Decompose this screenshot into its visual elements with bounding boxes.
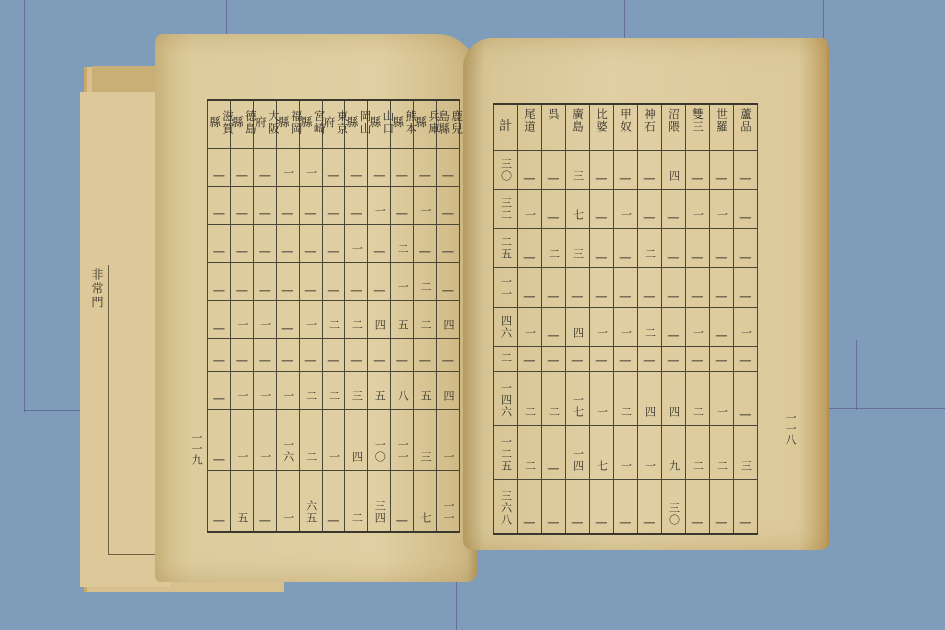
table-cell: 三 (566, 229, 590, 268)
column-header: 鹿兒島縣 (437, 100, 460, 149)
page-number-left: 一一九 (188, 432, 204, 465)
table-cell: | (276, 301, 299, 339)
table-cell: | (686, 150, 710, 189)
table-cell: 三〇 (662, 479, 686, 534)
total-cell: 一四六 (494, 371, 518, 425)
table-cell: | (710, 268, 734, 307)
table-cell: | (276, 225, 299, 263)
table-cell: 九 (662, 425, 686, 479)
column-header: 兵庫縣 (414, 100, 437, 149)
table-cell: | (734, 268, 758, 307)
mat-grid-line (24, 410, 84, 411)
table-cell: | (322, 187, 345, 225)
table-cell: 一 (230, 409, 253, 470)
table-cell: | (230, 339, 253, 371)
table-cell: 一 (638, 425, 662, 479)
table-row: 三六八||||||三〇||| (494, 479, 758, 534)
table-cell: | (638, 150, 662, 189)
table-cell: 一 (276, 149, 299, 187)
table-cell: | (437, 187, 460, 225)
table-cell: 二 (542, 229, 566, 268)
table-cell: 一 (437, 409, 460, 470)
table-cell: | (590, 189, 614, 228)
table-cell: 一 (299, 149, 322, 187)
column-header: 宮崎縣 (299, 100, 322, 149)
table-cell: 一四 (566, 425, 590, 479)
column-header: 岡山縣 (345, 100, 368, 149)
table-cell: 一 (368, 187, 391, 225)
table-cell: | (230, 263, 253, 301)
table-cell: | (710, 229, 734, 268)
table-cell: | (614, 268, 638, 307)
table-cell: 八 (391, 371, 414, 409)
table-row: 一一|||||||||| (494, 268, 758, 307)
table-cell: | (345, 149, 368, 187)
column-header: 尾道 (518, 104, 542, 150)
table-cell: | (734, 347, 758, 372)
table-cell: | (518, 229, 542, 268)
table-cell: | (322, 263, 345, 301)
table-cell: | (230, 187, 253, 225)
mat-grid-line (828, 408, 945, 409)
table-cell: 一 (230, 371, 253, 409)
table-cell: | (542, 425, 566, 479)
table-cell: | (391, 470, 414, 532)
table-cell: 二 (710, 425, 734, 479)
table-cell: | (208, 225, 231, 263)
table-cell: 四 (345, 409, 368, 470)
table-cell: 二 (638, 229, 662, 268)
table-cell: | (437, 263, 460, 301)
table-cell: | (734, 479, 758, 534)
total-cell: 三二 (494, 189, 518, 228)
table-cell: | (208, 470, 231, 532)
column-header: 東京府 (322, 100, 345, 149)
table-cell: | (542, 189, 566, 228)
table-cell: | (590, 229, 614, 268)
table-cell: | (614, 479, 638, 534)
table-cell: | (230, 149, 253, 187)
table-cell: | (208, 371, 231, 409)
table-cell: | (710, 479, 734, 534)
table-row: ||||||||||| (208, 339, 460, 371)
table-cell: 四 (662, 371, 686, 425)
side-tab-label: 非常門 (90, 268, 106, 310)
table-cell: 二 (414, 263, 437, 301)
table-cell: | (230, 225, 253, 263)
table-cell: | (638, 479, 662, 534)
table-cell: 六五 (299, 470, 322, 532)
table-cell: | (566, 268, 590, 307)
table-cell: | (208, 339, 231, 371)
table-cell: 一 (253, 371, 276, 409)
table-cell: | (662, 347, 686, 372)
table-cell: | (299, 225, 322, 263)
table-header-row: 滋賀縣 德島縣 大阪府 福岡縣 宮崎縣 東京府 岡山縣 山口縣 熊本縣 兵庫縣 … (208, 100, 460, 149)
column-header: 雙三 (686, 104, 710, 150)
table-cell: 二 (414, 301, 437, 339)
table-cell: | (734, 150, 758, 189)
table-cell: 二 (686, 425, 710, 479)
column-header: 比婆 (590, 104, 614, 150)
table-cell: 五 (230, 470, 253, 532)
table-cell: | (437, 149, 460, 187)
table-cell: 一〇 (368, 409, 391, 470)
table-cell: | (638, 189, 662, 228)
table-cell: | (437, 225, 460, 263)
total-cell: 四六 (494, 307, 518, 346)
table-row: |一一一六二一四一〇一一三一 (208, 409, 460, 470)
table-cell: | (322, 470, 345, 532)
table-cell: 一 (614, 425, 638, 479)
total-cell: 三六八 (494, 479, 518, 534)
right-table-body: 三〇||三|||四|||三二一|七|一||一一|二五|二三||二||||一一||… (494, 150, 758, 534)
table-cell: 二 (686, 371, 710, 425)
table-cell: 二 (299, 371, 322, 409)
table-cell: 一 (590, 371, 614, 425)
table-cell: | (276, 339, 299, 371)
table-cell: | (299, 187, 322, 225)
table-cell: | (253, 225, 276, 263)
table-cell: | (566, 479, 590, 534)
table-cell: 三四 (368, 470, 391, 532)
table-cell: 三 (414, 409, 437, 470)
column-header: 神石 (638, 104, 662, 150)
table-cell: 一 (322, 409, 345, 470)
table-cell: | (542, 307, 566, 346)
table-cell: | (638, 347, 662, 372)
table-cell: | (518, 347, 542, 372)
table-cell: 五 (391, 301, 414, 339)
table-cell: | (253, 149, 276, 187)
table-cell: | (590, 150, 614, 189)
table-cell: | (542, 347, 566, 372)
table-cell: 二 (322, 301, 345, 339)
table-cell: 一 (518, 307, 542, 346)
table-cell: | (208, 301, 231, 339)
table-row: |一一一二二三五八五四 (208, 371, 460, 409)
table-row: |||||||一|一| (208, 187, 460, 225)
table-cell: | (686, 479, 710, 534)
table-cell: 三 (734, 425, 758, 479)
total-cell: 二 (494, 347, 518, 372)
table-cell: 三 (566, 150, 590, 189)
table-cell: | (345, 263, 368, 301)
table-cell: 一 (253, 301, 276, 339)
table-cell: | (208, 187, 231, 225)
table-row: ||||||一|二|| (208, 225, 460, 263)
table-cell: | (368, 339, 391, 371)
table-cell: 一 (345, 225, 368, 263)
table-cell: | (322, 339, 345, 371)
table-cell: | (368, 263, 391, 301)
table-cell: | (518, 479, 542, 534)
table-cell: | (208, 409, 231, 470)
table-cell: | (299, 263, 322, 301)
table-cell: 一七 (566, 371, 590, 425)
column-header: 熊本縣 (391, 100, 414, 149)
column-header: 大阪府 (253, 100, 276, 149)
table-cell: | (662, 189, 686, 228)
table-cell: | (710, 307, 734, 346)
table-cell: 四 (566, 307, 590, 346)
table-cell: 一 (710, 189, 734, 228)
table-cell: | (566, 347, 590, 372)
table-cell: | (345, 187, 368, 225)
table-cell: 二 (518, 371, 542, 425)
table-cell: 二 (638, 307, 662, 346)
table-row: 二五|二三||二|||| (494, 229, 758, 268)
column-header: 廣島 (566, 104, 590, 150)
table-cell: | (542, 150, 566, 189)
table-cell: | (391, 339, 414, 371)
table-cell: | (542, 268, 566, 307)
table-row: 一二五二|一四七一一九二二三 (494, 425, 758, 479)
table-cell: | (638, 268, 662, 307)
table-cell: 七 (590, 425, 614, 479)
table-cell: | (734, 229, 758, 268)
table-cell: | (322, 149, 345, 187)
table-row: 三〇||三|||四||| (494, 150, 758, 189)
mat-grid-line (624, 0, 625, 40)
table-cell: 一 (734, 307, 758, 346)
table-cell: 四 (638, 371, 662, 425)
table-cell: | (368, 225, 391, 263)
table-cell: | (299, 339, 322, 371)
table-cell: | (542, 479, 566, 534)
table-cell: 二 (614, 371, 638, 425)
table-row: 二|||||||||| (494, 347, 758, 372)
table-cell: | (322, 225, 345, 263)
table-cell: 四 (437, 371, 460, 409)
table-cell: 一 (590, 307, 614, 346)
table-cell: 二 (322, 371, 345, 409)
table-cell: | (345, 339, 368, 371)
left-table-body: |||一一|||||||||||||一|一|||||||一|二|||||||||… (208, 149, 460, 533)
table-cell: 二 (518, 425, 542, 479)
table-cell: | (518, 268, 542, 307)
table-cell: | (662, 307, 686, 346)
right-district-table: 計 尾道 呉 廣島 比婆 甲奴 神石 沼隈 雙三 世羅 蘆品 三〇||三|||四… (493, 103, 758, 535)
table-cell: | (253, 339, 276, 371)
table-cell: | (253, 470, 276, 532)
table-cell: 一 (614, 307, 638, 346)
table-row: 四六一|四一一二|一|一 (494, 307, 758, 346)
table-cell: 四 (662, 150, 686, 189)
table-cell: | (368, 149, 391, 187)
table-cell: | (437, 339, 460, 371)
table-row: ||||||||一二| (208, 263, 460, 301)
table-cell: 二 (299, 409, 322, 470)
mat-grid-line (856, 340, 857, 410)
table-row: |五|一六五|二三四|七一一 (208, 470, 460, 532)
table-cell: | (253, 187, 276, 225)
table-cell: 二 (542, 371, 566, 425)
column-header: 甲奴 (614, 104, 638, 150)
column-header: 德島縣 (230, 100, 253, 149)
table-cell: 四 (368, 301, 391, 339)
table-cell: | (734, 371, 758, 425)
photo-scene: 非常門 滋賀縣 德島縣 大阪府 福岡縣 宮崎縣 東京府 岡山縣 山口縣 熊本縣 … (0, 0, 945, 630)
table-cell: 一 (253, 409, 276, 470)
table-row: 三二一|七|一||一一| (494, 189, 758, 228)
table-cell: | (614, 150, 638, 189)
total-cell: 一一 (494, 268, 518, 307)
table-cell: 二 (345, 470, 368, 532)
table-cell: | (276, 187, 299, 225)
table-cell: 一 (230, 301, 253, 339)
table-cell: 一 (710, 371, 734, 425)
table-cell: | (590, 347, 614, 372)
table-cell: | (414, 149, 437, 187)
table-cell: | (391, 149, 414, 187)
table-cell: 一 (518, 189, 542, 228)
table-cell: 一 (414, 187, 437, 225)
table-cell: 一 (614, 189, 638, 228)
table-cell: 一 (686, 307, 710, 346)
table-cell: 二 (391, 225, 414, 263)
table-cell: | (662, 229, 686, 268)
table-cell: 五 (414, 371, 437, 409)
table-cell: | (590, 268, 614, 307)
table-cell: | (686, 229, 710, 268)
table-cell: 二 (345, 301, 368, 339)
column-header: 福岡縣 (276, 100, 299, 149)
table-cell: | (590, 479, 614, 534)
table-cell: 四 (437, 301, 460, 339)
table-cell: 一六 (276, 409, 299, 470)
column-header: 山口縣 (368, 100, 391, 149)
total-cell: 二五 (494, 229, 518, 268)
total-cell: 三〇 (494, 150, 518, 189)
column-header: 呉 (542, 104, 566, 150)
table-cell: | (253, 263, 276, 301)
table-row: |||一一|||||| (208, 149, 460, 187)
left-prefecture-table: 滋賀縣 德島縣 大阪府 福岡縣 宮崎縣 東京府 岡山縣 山口縣 熊本縣 兵庫縣 … (207, 99, 460, 533)
total-cell: 一二五 (494, 425, 518, 479)
table-cell: | (276, 263, 299, 301)
column-header: 沼隈 (662, 104, 686, 150)
page-number-right: 一一八 (782, 412, 798, 445)
table-cell: | (391, 187, 414, 225)
column-header-total: 計 (494, 104, 518, 150)
table-cell: 一 (391, 263, 414, 301)
table-cell: 七 (414, 470, 437, 532)
table-cell: 三 (345, 371, 368, 409)
table-cell: | (208, 263, 231, 301)
table-cell: 一一 (391, 409, 414, 470)
table-cell: | (686, 347, 710, 372)
table-cell: | (518, 150, 542, 189)
table-cell: | (614, 229, 638, 268)
table-row: 一四六二二一七一二四四二一| (494, 371, 758, 425)
table-cell: 一 (276, 371, 299, 409)
table-cell: 一 (686, 189, 710, 228)
column-header: 世羅 (710, 104, 734, 150)
table-cell: | (686, 268, 710, 307)
table-cell: 七 (566, 189, 590, 228)
mat-grid-line (24, 0, 25, 412)
column-header: 滋賀縣 (208, 100, 231, 149)
table-cell: 一 (276, 470, 299, 532)
table-row: |一一|一二二四五二四 (208, 301, 460, 339)
table-cell: | (614, 347, 638, 372)
table-cell: | (734, 189, 758, 228)
table-cell: 一 (299, 301, 322, 339)
column-header: 蘆品 (734, 104, 758, 150)
table-cell: | (414, 339, 437, 371)
table-cell: 五 (368, 371, 391, 409)
table-cell: | (208, 149, 231, 187)
table-cell: | (710, 150, 734, 189)
table-cell: 一一 (437, 470, 460, 532)
table-cell: | (414, 225, 437, 263)
table-cell: | (662, 268, 686, 307)
table-cell: | (710, 347, 734, 372)
table-header-row: 計 尾道 呉 廣島 比婆 甲奴 神石 沼隈 雙三 世羅 蘆品 (494, 104, 758, 150)
